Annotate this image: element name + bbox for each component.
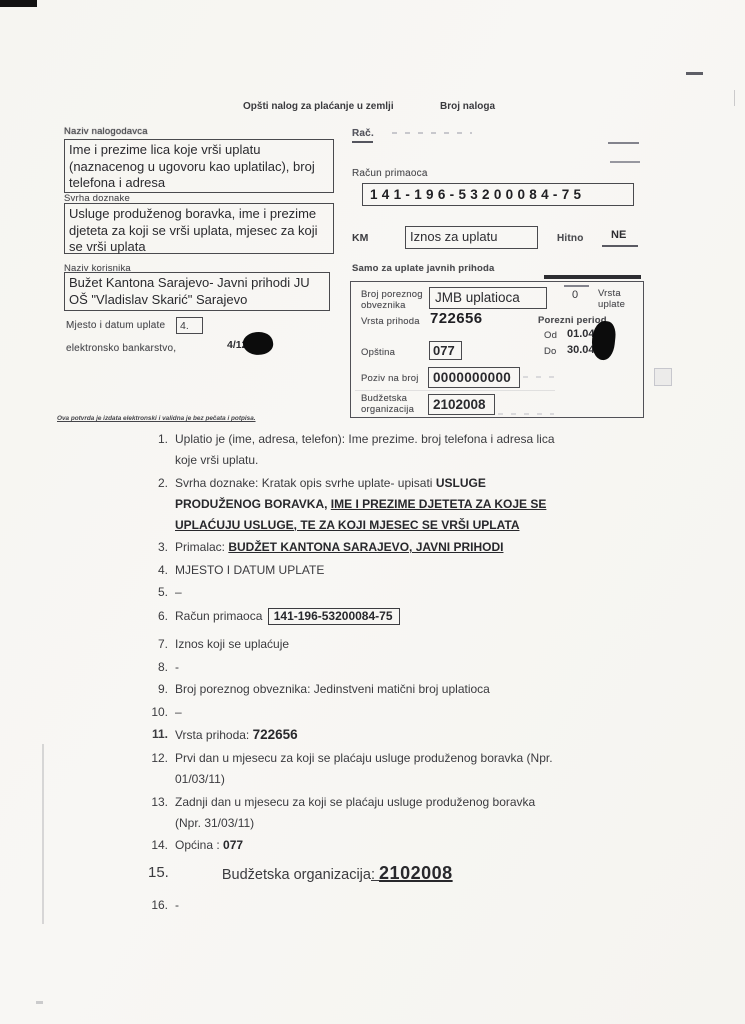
thick-border-artifact <box>544 275 641 279</box>
instruction-text: Primalac: BUDŽET KANTONA SARAJEVO, JAVNI… <box>175 537 688 558</box>
instruction-item: 9.Broj poreznog obveznika: Jedinstveni m… <box>148 679 688 700</box>
instruction-text: MJESTO I DATUM UPLATE <box>175 560 688 581</box>
scanned-payment-form: Opšti nalog za plaćanje u zemlji Broj na… <box>0 0 745 1024</box>
payer-value: Ime i prezime lica koje vrši uplatu (naz… <box>65 140 333 194</box>
instruction-segment: 141-196-53200084-75 <box>268 608 400 625</box>
instruction-segment: - <box>175 898 179 912</box>
tax-id-label: Broj poreznog obveznika <box>361 289 423 311</box>
scan-speck-artifact <box>36 1001 43 1004</box>
instruction-number: 10. <box>148 702 168 723</box>
instruction-text: Svrha doznake: Kratak opis svrhe uplate-… <box>175 473 688 536</box>
payment-type-value: 0 <box>572 289 578 301</box>
instruction-segment: – <box>175 585 182 599</box>
instruction-number: 16. <box>148 895 168 916</box>
instruction-segment: Broj poreznog obveznika: Jedinstveni mat… <box>175 682 490 696</box>
instruction-number: 14. <box>148 835 168 856</box>
amount-box: Iznos za uplatu <box>405 226 538 249</box>
instruction-segment: MJESTO I DATUM UPLATE <box>175 563 324 577</box>
faint-marks <box>498 413 554 415</box>
footnote: Ova potvrda je izdata elektronski i vali… <box>57 415 256 422</box>
instruction-item: 2.Svrha doznake: Kratak opis svrhe uplat… <box>148 473 688 536</box>
from-label: Od <box>544 330 557 341</box>
tax-id-value: JMB uplatioca <box>430 288 546 305</box>
fold-line-artifact <box>355 390 555 391</box>
instruction-number: 11. <box>148 724 168 745</box>
instruction-text: Uplatio je (ime, adresa, telefon): Ime p… <box>175 429 688 471</box>
instruction-item: 7.Iznos koji se uplaćuje <box>148 634 688 655</box>
instruction-item: 14.Općina : 077 <box>148 835 688 856</box>
instruction-text: – <box>175 702 688 723</box>
urgent-value: NE <box>611 229 626 241</box>
public-revenues-box: Broj poreznog obveznika JMB uplatioca 0 … <box>350 281 644 418</box>
instruction-number: 4. <box>148 560 168 581</box>
urgent-underline <box>602 245 638 247</box>
urgent-label: Hitno <box>557 233 584 244</box>
instruction-segment: Uplatio je (ime, adresa, telefon): Ime p… <box>175 432 555 467</box>
tax-id-box: JMB uplatioca <box>429 287 547 309</box>
ink-redaction-blob <box>242 330 275 357</box>
instruction-segment: 2102008 <box>379 863 453 883</box>
revenue-type-label: Vrsta prihoda <box>361 316 420 327</box>
instruction-segment: Vrsta prihoda: <box>175 728 253 742</box>
scan-edge-artifact <box>0 0 37 7</box>
scan-line-artifact <box>734 90 735 106</box>
instruction-number: 5. <box>148 582 168 603</box>
to-label: Do <box>544 346 557 357</box>
payer-box: Ime i prezime lica koje vrši uplatu (naz… <box>64 139 334 193</box>
payer-account-label: Rač. <box>352 128 374 139</box>
budget-org-box: 2102008 <box>428 394 495 415</box>
purpose-value: Usluge produženog boravka, ime i prezime… <box>65 204 333 258</box>
instruction-segment: Prvi dan u mjesecu za koji se plaćaju us… <box>175 751 553 786</box>
faint-marks <box>523 376 559 378</box>
instruction-text: - <box>175 895 688 916</box>
budget-org-value: 2102008 <box>429 395 494 412</box>
instruction-item: 8.- <box>148 657 688 678</box>
instruction-item: 5.– <box>148 582 688 603</box>
ebanking-text: elektronsko bankarstvo, <box>66 343 176 354</box>
currency-label: KM <box>352 232 368 244</box>
faint-handwriting <box>392 132 472 134</box>
instruction-number: 2. <box>148 473 168 494</box>
beneficiary-value: Bužet Kantona Sarajevo- Javni prihodi JU… <box>65 273 329 310</box>
instruction-number: 6. <box>148 606 168 627</box>
instruction-item: 1.Uplatio je (ime, adresa, telefon): Ime… <box>148 429 688 471</box>
payment-type-label: Vrsta uplate <box>598 288 625 310</box>
instruction-text: – <box>175 582 688 603</box>
budget-org-label: Budžetska organizacija <box>361 393 414 415</box>
beneficiary-box: Bužet Kantona Sarajevo- Javni prihodi JU… <box>64 272 330 311</box>
dash-mark <box>686 72 703 75</box>
instruction-number: 9. <box>148 679 168 700</box>
instruction-text: Prvi dan u mjesecu za koji se plaćaju us… <box>175 748 688 790</box>
dash-mark <box>610 161 640 163</box>
payment-type-line <box>564 285 589 287</box>
instruction-segment: Budžetska organizacija <box>222 867 371 883</box>
instruction-text: Budžetska organizacija: 2102008 <box>176 861 688 887</box>
instruction-segment: Općina : <box>175 838 223 852</box>
instruction-number: 8. <box>148 657 168 678</box>
instruction-number: 15. <box>148 861 169 885</box>
instruction-segment: BUDŽET KANTONA SARAJEVO, JAVNI PRIHODI <box>228 540 503 554</box>
instruction-segment: Primalac: <box>175 540 228 554</box>
dash-mark <box>608 142 639 144</box>
purpose-box: Usluge produženog boravka, ime i prezime… <box>64 203 334 254</box>
instruction-item: 13.Zadnji dan u mjesecu za koji se plaća… <box>148 792 688 834</box>
instruction-item: 10.– <box>148 702 688 723</box>
recipient-account-label: Račun primaoca <box>352 168 428 179</box>
instruction-item: 12.Prvi dan u mjesecu za koji se plaćaju… <box>148 748 688 790</box>
instruction-segment: 077 <box>223 838 243 852</box>
instruction-segment: Račun primaoca <box>175 609 266 623</box>
revenue-type-value: 722656 <box>430 310 482 327</box>
instruction-number: 12. <box>148 748 168 769</box>
instruction-number: 1. <box>148 429 168 450</box>
recipient-account-value: 141-196-53200084-75 <box>363 184 633 202</box>
instructions-list: 1.Uplatio je (ime, adresa, telefon): Ime… <box>148 429 688 918</box>
instruction-segment: 722656 <box>253 727 298 742</box>
instruction-text: Broj poreznog obveznika: Jedinstveni mat… <box>175 679 688 700</box>
recipient-account-box: 141-196-53200084-75 <box>362 183 634 206</box>
instruction-segment: : <box>371 867 379 883</box>
ink-redaction-blob <box>590 320 617 361</box>
order-number-label: Broj naloga <box>440 101 495 112</box>
public-revenues-label: Samo za uplate javnih prihoda <box>352 263 495 274</box>
place-date-box: 4. <box>176 317 203 334</box>
instruction-text: Vrsta prihoda: 722656 <box>175 724 688 746</box>
instruction-segment: Svrha doznake: Kratak opis svrhe uplate-… <box>175 476 436 490</box>
instruction-segment: Iznos koji se uplaćuje <box>175 637 289 651</box>
place-date-box-value: 4. <box>177 318 202 332</box>
reference-label: Poziv na broj <box>361 373 419 384</box>
instruction-text: Zadnji dan u mjesecu za koji se plaćaju … <box>175 792 688 834</box>
instruction-text: Račun primaoca 141-196-53200084-75 <box>175 606 688 627</box>
label-underline <box>352 141 373 143</box>
instruction-text: Iznos koji se uplaćuje <box>175 634 688 655</box>
scan-line-artifact <box>42 744 44 924</box>
instruction-text: - <box>175 657 688 678</box>
instruction-item: 4.MJESTO I DATUM UPLATE <box>148 560 688 581</box>
instruction-item: 6.Račun primaoca 141-196-53200084-75 <box>148 606 688 627</box>
municipality-value: 077 <box>430 342 461 358</box>
instruction-number: 13. <box>148 792 168 813</box>
municipality-label: Opština <box>361 347 395 358</box>
place-date-label: Mjesto i datum uplate <box>66 320 165 331</box>
instruction-number: 7. <box>148 634 168 655</box>
reference-value: 0000000000 <box>429 368 519 385</box>
instruction-segment: Zadnji dan u mjesecu za koji se plaćaju … <box>175 795 535 830</box>
instruction-text: Općina : 077 <box>175 835 688 856</box>
instruction-item: 3.Primalac: BUDŽET KANTONA SARAJEVO, JAV… <box>148 537 688 558</box>
reference-box: 0000000000 <box>428 367 520 388</box>
instruction-segment: – <box>175 705 182 719</box>
instruction-number: 3. <box>148 537 168 558</box>
instruction-segment: - <box>175 660 179 674</box>
instruction-item: 11.Vrsta prihoda: 722656 <box>148 724 688 746</box>
amount-box-value: Iznos za uplatu <box>406 227 537 244</box>
form-title: Opšti nalog za plaćanje u zemlji <box>243 101 394 112</box>
instruction-item: 15.Budžetska organizacija: 2102008 <box>148 861 688 887</box>
faint-square-artifact <box>654 368 672 386</box>
municipality-box: 077 <box>429 341 462 360</box>
instruction-item: 16.- <box>148 895 688 916</box>
payer-label: Naziv nalogodavca <box>64 126 148 137</box>
